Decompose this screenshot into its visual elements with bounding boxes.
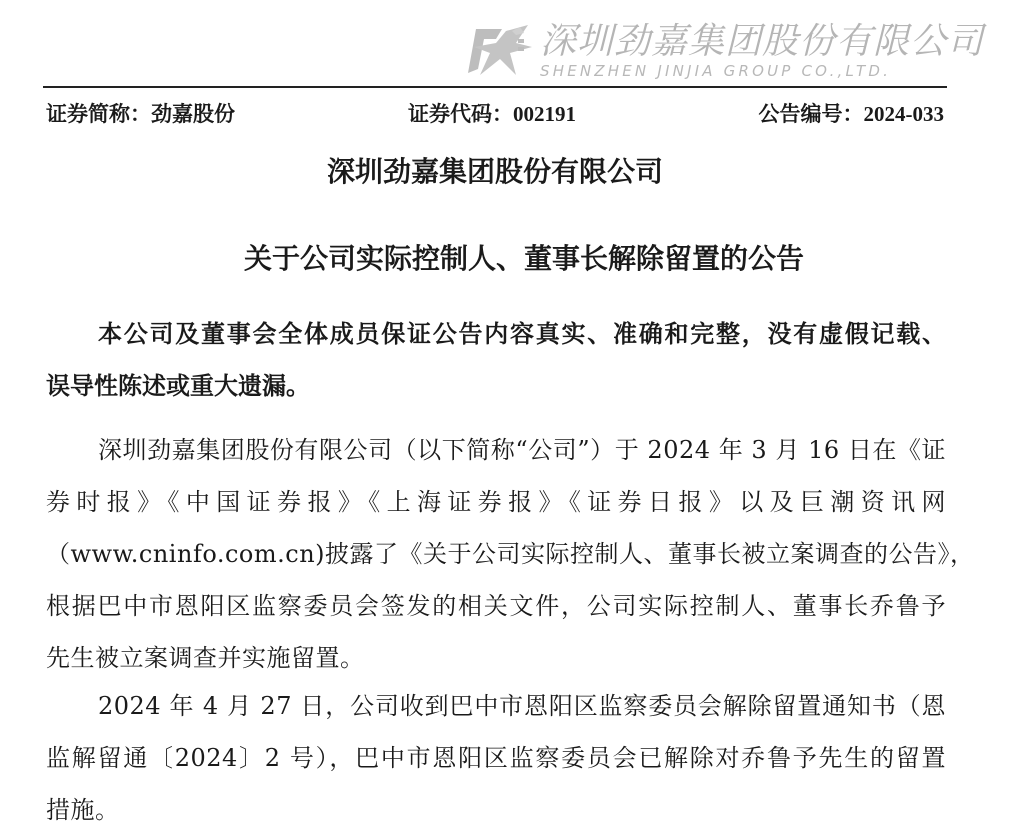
logo-name-en: SHENZHEN JINJIA GROUP CO.,LTD. [540, 63, 984, 79]
short-name-label: 证券简称： [46, 102, 151, 126]
code-value: 002191 [513, 102, 576, 126]
paragraph-line: 2024 年 4 月 27 日，公司收到巴中市恩阳区监察委员会解除留置通知书（恩 [46, 680, 946, 732]
company-logo: 深圳劲嘉集团股份有限公司 SHENZHEN JINJIA GROUP CO.,L… [466, 20, 984, 82]
disclaimer-paragraph: 本公司及董事会全体成员保证公告内容真实、准确和完整，没有虚假记载、 误导性陈述或… [46, 308, 946, 412]
security-info-row: 证券简称：劲嘉股份 证券代码：002191 公告编号：2024-033 [46, 98, 944, 130]
header-rule [43, 86, 947, 88]
logo-name-cn: 深圳劲嘉集团股份有限公司 [540, 23, 984, 61]
notice-title: 关于公司实际控制人、董事长解除留置的公告 [0, 237, 1024, 281]
logo-wordmark: 深圳劲嘉集团股份有限公司 SHENZHEN JINJIA GROUP CO.,L… [540, 23, 984, 79]
star-logo-icon [466, 23, 534, 79]
notice-number-label: 公告编号： [759, 102, 864, 126]
paragraph-line: 误导性陈述或重大遗漏。 [46, 360, 946, 412]
release-paragraph: 2024 年 4 月 27 日，公司收到巴中市恩阳区监察委员会解除留置通知书（恩… [46, 680, 946, 836]
code-label: 证券代码： [408, 102, 513, 126]
paragraph-line: 措施。 [46, 784, 946, 836]
paragraph-line: 券时报》《中国证券报》《上海证券报》《证券日报》以及巨潮资讯网 [46, 476, 946, 528]
paragraph-line: （www.cninfo.com.cn)披露了《关于公司实际控制人、董事长被立案调… [46, 528, 946, 580]
security-short-name: 证券简称：劲嘉股份 [46, 98, 235, 130]
background-paragraph: 深圳劲嘉集团股份有限公司（以下简称“公司”）于 2024 年 3 月 16 日在… [46, 424, 946, 684]
notice-number: 公告编号：2024-033 [759, 98, 945, 130]
paragraph-line: 先生被立案调查并实施留置。 [46, 632, 946, 684]
short-name-value: 劲嘉股份 [151, 102, 235, 126]
security-code: 证券代码：002191 [408, 98, 576, 130]
paragraph-line: 深圳劲嘉集团股份有限公司（以下简称“公司”）于 2024 年 3 月 16 日在… [46, 424, 946, 476]
paragraph-line: 监解留通〔2024〕2 号），巴中市恩阳区监察委员会已解除对乔鲁予先生的留置 [46, 732, 946, 784]
notice-number-value: 2024-033 [864, 102, 945, 126]
company-title: 深圳劲嘉集团股份有限公司 [0, 150, 990, 194]
paragraph-line: 根据巴中市恩阳区监察委员会签发的相关文件，公司实际控制人、董事长乔鲁予 [46, 580, 946, 632]
paragraph-line: 本公司及董事会全体成员保证公告内容真实、准确和完整，没有虚假记载、 [46, 308, 946, 360]
